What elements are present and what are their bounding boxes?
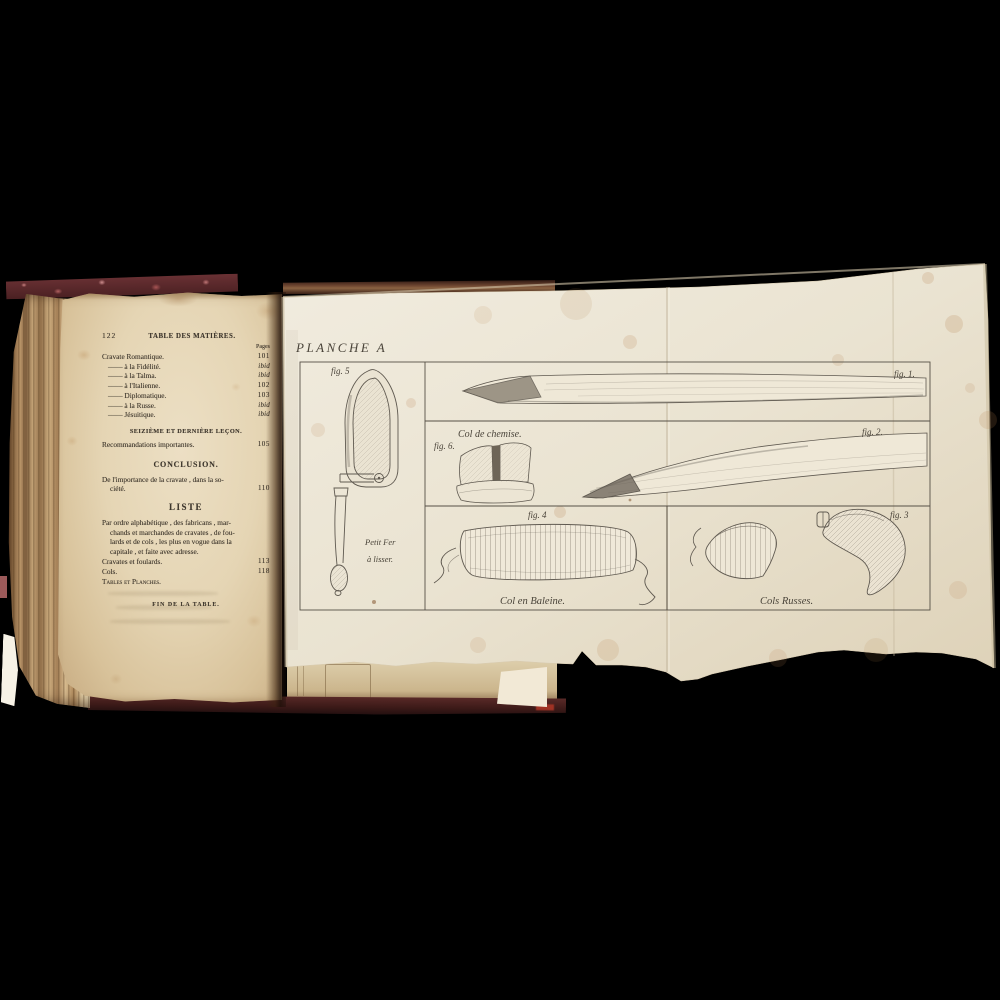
lesson-header: SEIZIÈME ET DERNIÈRE LEÇON. (102, 427, 270, 436)
toc-entry-label: Cols. (102, 567, 117, 577)
fig2-label: fig. 2. (862, 427, 883, 437)
toc-entry-label: Cravate Romantique. (102, 352, 164, 362)
plate-title: PLANCHE A (295, 340, 387, 355)
toc-entry: –––– à la Fidélité. ibid (102, 362, 270, 372)
toc-entry: Cravate Romantique. 101 (102, 352, 270, 362)
photo-scene: 122 TABLE DES MATIÈRES. Pages Cravate Ro… (0, 0, 1000, 1000)
fig3-label: fig. 3 (890, 510, 909, 520)
show-through-smudge (108, 591, 218, 596)
toc-entry: –––– Diplomatique. 103 (102, 391, 270, 401)
toc-entry: Recommandations importantes. 105 (102, 440, 270, 450)
conclusion-line1: De l'importance de la cravate , dans la … (102, 475, 270, 485)
left-page: 122 TABLE DES MATIÈRES. Pages Cravate Ro… (58, 291, 282, 704)
toc-entry: –––– à l'Italienne. 102 (102, 381, 270, 391)
toc-entry: –––– à la Talma. ibid (102, 371, 270, 381)
liste-paragraph-line: lards et de cols , les plus en vogue dan… (102, 537, 270, 547)
conclusion-line2-row: ciété. 110 (102, 484, 270, 494)
cols-russes-caption: Cols Russes. (760, 596, 813, 607)
toc-entry-label: –––– Diplomatique. (102, 391, 166, 401)
show-through-smudge (110, 619, 230, 624)
toc-header-row: 122 TABLE DES MATIÈRES. (102, 331, 270, 340)
conclusion-title: CONCLUSION. (102, 459, 270, 470)
tables-planches-line: Tables et Planches. (102, 577, 270, 587)
liste-paragraph-line: Par ordre alphabétique , des fabricans ,… (102, 518, 270, 528)
toc-entry-label: Cravates et foulards. (102, 557, 162, 567)
foldout-plate: PLANCHE A fig. 5 fig. 1. fig. 2. Col de … (278, 260, 1000, 688)
fig5-label: fig. 5 (331, 366, 350, 376)
fig6-shirt-collar (457, 443, 534, 503)
liste-paragraph-line: capitale , et faite avec adresse. (102, 547, 270, 557)
petit-fer-caption-line1: Petit Fer (364, 537, 396, 547)
page-number: 122 (102, 331, 128, 340)
toc-title: TABLE DES MATIÈRES. (128, 333, 256, 340)
toc-entry-label: –––– à la Fidélité. (102, 362, 161, 372)
toc-entry-label: –––– à l'Italienne. (102, 381, 160, 391)
liste-paragraph-line: chands et marchandes de cravates , de fo… (102, 528, 270, 538)
cover-fleck (0, 576, 7, 598)
col-en-baleine-caption: Col en Baleine. (500, 596, 565, 607)
toc-entry: –––– Jésuitique. ibid (102, 410, 270, 420)
table-of-contents: 122 TABLE DES MATIÈRES. Pages Cravate Ro… (102, 331, 270, 608)
fig1-label: fig. 1. (894, 369, 915, 379)
show-through-smudge (116, 605, 212, 610)
toc-entry-label: –––– Jésuitique. (102, 410, 155, 420)
toc-entry: Cols. 118 (102, 567, 270, 577)
toc-entry-label: –––– à la Russe. (102, 401, 156, 411)
conclusion-line2: ciété. (102, 484, 126, 494)
toc-entry: Cravates et foulards. 113 (102, 557, 270, 567)
toc-entry-label: –––– à la Talma. (102, 371, 156, 381)
toc-entry-label: Recommandations importantes. (102, 440, 194, 450)
fig6-label: fig. 6. (434, 441, 455, 451)
col-de-chemise-caption: Col de chemise. (458, 429, 522, 440)
petit-fer-caption-line2: à lisser. (367, 554, 393, 564)
fig4-label: fig. 4 (528, 510, 547, 520)
toc-entry: –––– à la Russe. ibid (102, 401, 270, 411)
pages-column-header-row: Pages (102, 344, 270, 350)
liste-title: LISTE (102, 502, 270, 513)
